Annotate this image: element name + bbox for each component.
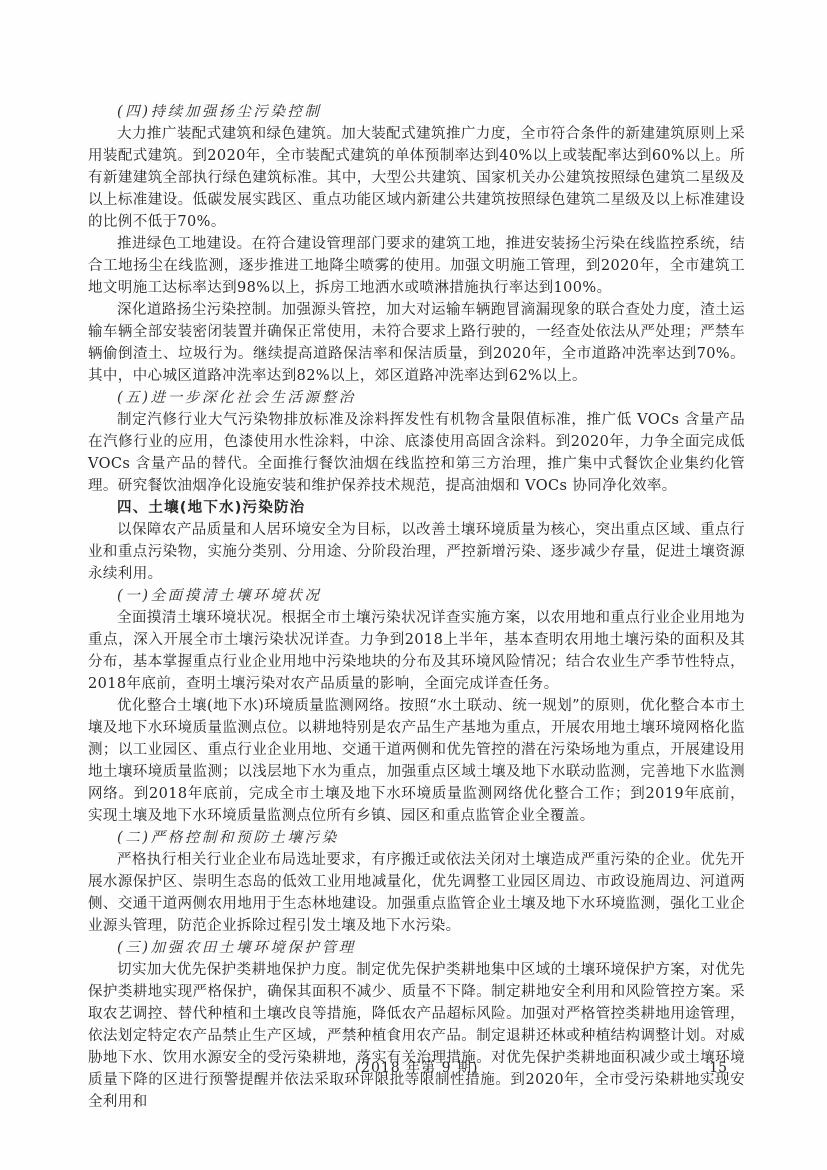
section-heading: (四)持续加强扬尘污染控制: [88, 101, 745, 123]
paragraph: 推进绿色工地建设。在符合建设管理部门要求的建筑工地，推进安装扬尘污染在线监控系统…: [88, 233, 745, 299]
paragraph: 优化整合土壤(地下水)环境质量监测网络。按照“水土联动、统一规划”的原则，优化整…: [88, 695, 745, 827]
paragraph: 以保障农产品质量和人居环境安全为目标，以改善土壤环境质量为核心，突出重点区域、重…: [88, 519, 745, 585]
page-number: 15: [709, 1057, 727, 1079]
paragraph: 深化道路扬尘污染控制。加强源头管控，加大对运输车辆跑冒滴漏现象的联合查处力度，渣…: [88, 299, 745, 387]
section-heading: (三)加强农田土壤环境保护管理: [88, 937, 745, 959]
paragraph: 严格执行相关行业企业布局选址要求，有序搬迁或依法关闭对土壤造成严重污染的企业。优…: [88, 849, 745, 937]
paragraph: 大力推广装配式建筑和绿色建筑。加大装配式建筑推广力度，全市符合条件的新建建筑原则…: [88, 123, 745, 233]
section-heading: (五)进一步深化社会生活源整治: [88, 387, 745, 409]
section-heading: (二)严格控制和预防土壤污染: [88, 827, 745, 849]
document-content: (四)持续加强扬尘污染控制大力推广装配式建筑和绿色建筑。加大装配式建筑推广力度，…: [88, 101, 745, 1113]
section-heading: (一)全面摸清土壤环境状况: [88, 585, 745, 607]
section-heading: 四、土壤(地下水)污染防治: [88, 497, 745, 519]
journal-issue: (2018 年第 9 期): [355, 1060, 479, 1076]
document-page: (四)持续加强扬尘污染控制大力推广装配式建筑和绿色建筑。加大装配式建筑推广力度，…: [0, 0, 827, 1170]
paragraph: 切实加大优先保护类耕地保护力度。制定优先保护类耕地集中区域的土壤环境保护方案，对…: [88, 959, 745, 1113]
paragraph: 制定汽修行业大气污染物排放标准及涂料挥发性有机物含量限值标准，推广低 VOCs …: [88, 409, 745, 497]
page-footer: (2018 年第 9 期) 15: [88, 1057, 745, 1079]
paragraph: 全面摸清土壤环境状况。根据全市土壤污染状况详查实施方案，以农用地和重点行业企业用…: [88, 607, 745, 695]
